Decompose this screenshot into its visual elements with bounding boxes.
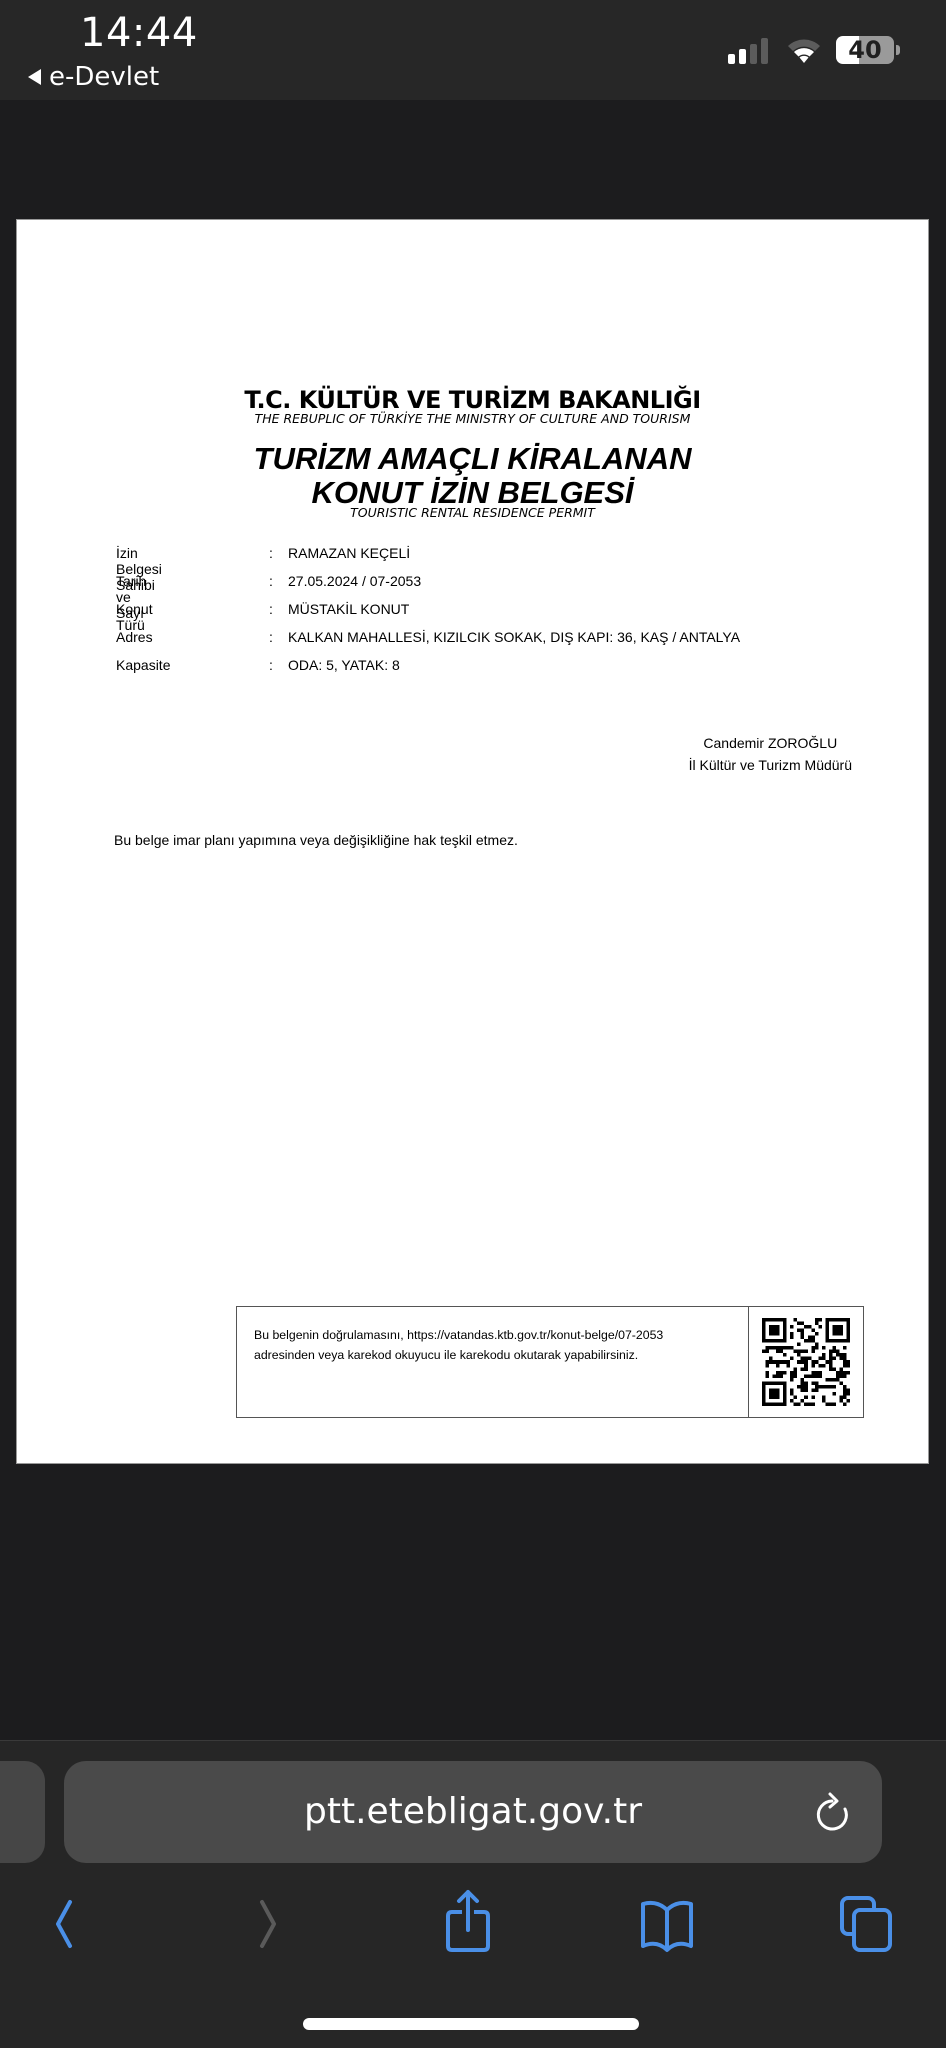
ministry-title: T.C. KÜLTÜR VE TURİZM BAKANLIĞI — [17, 386, 928, 414]
back-triangle-icon — [28, 69, 41, 85]
field-value: RAMAZAN KEÇELİ — [288, 545, 410, 561]
verification-text: Bu belgenin doğrulamasını, https://vatan… — [254, 1325, 734, 1365]
field-separator: : — [269, 629, 273, 645]
share-icon[interactable] — [438, 1888, 498, 1954]
wifi-icon — [786, 36, 822, 66]
cellular-signal-icon — [728, 38, 768, 64]
permit-subtitle: TOURISTIC RENTAL RESIDENCE PERMIT — [17, 505, 928, 520]
field-label: Kapasite — [116, 657, 170, 673]
battery-tip — [896, 45, 900, 55]
back-chevron-icon[interactable] — [36, 1894, 96, 1954]
qr-code-icon — [762, 1318, 850, 1406]
back-to-app-button[interactable]: e-Devlet — [28, 62, 159, 92]
address-bar[interactable]: ptt.etebligat.gov.tr — [64, 1761, 882, 1863]
permit-title-line1: TURİZM AMAÇLI KİRALANAN — [17, 442, 928, 476]
field-separator: : — [269, 657, 273, 673]
reload-icon[interactable] — [812, 1791, 852, 1835]
document-page: T.C. KÜLTÜR VE TURİZM BAKANLIĞI THE REBU… — [17, 220, 928, 1463]
battery-icon: 40 — [836, 36, 894, 64]
field-value: MÜSTAKİL KONUT — [288, 601, 409, 617]
signer-title: İl Kültür ve Turizm Müdürü — [689, 754, 852, 776]
verification-line-1[interactable]: Bu belgenin doğrulamasını, https://vatan… — [254, 1325, 734, 1345]
url-text[interactable]: ptt.etebligat.gov.tr — [64, 1791, 882, 1832]
ministry-subtitle: THE REBUPLIC OF TÜRKİYE THE MINISTRY OF … — [17, 411, 928, 426]
clock: 14:44 — [80, 10, 198, 56]
field-separator: : — [269, 545, 273, 561]
legal-notice: Bu belge imar planı yapımına veya değişi… — [114, 832, 518, 848]
bookmarks-icon[interactable] — [637, 1894, 697, 1954]
status-bar: 14:44 e-Devlet 40 — [0, 0, 946, 100]
field-separator: : — [269, 601, 273, 617]
signature-block: Candemir ZOROĞLU İl Kültür ve Turizm Müd… — [689, 732, 852, 776]
back-app-label: e-Devlet — [49, 62, 159, 92]
home-indicator[interactable] — [303, 2018, 639, 2030]
field-value: ODA: 5, YATAK: 8 — [288, 657, 400, 673]
permit-title: TURİZM AMAÇLI KİRALANAN KONUT İZİN BELGE… — [17, 442, 928, 510]
verification-box: Bu belgenin doğrulamasını, https://vatan… — [236, 1306, 864, 1418]
browser-address-area: ptt.etebligat.gov.tr — [0, 1740, 946, 1881]
tabs-icon[interactable] — [838, 1894, 898, 1954]
signer-name: Candemir ZOROĞLU — [689, 732, 852, 754]
field-separator: : — [269, 573, 273, 589]
qr-cell — [748, 1307, 863, 1417]
field-value: 27.05.2024 / 07-2053 — [288, 573, 421, 589]
field-value: KALKAN MAHALLESİ, KIZILCIK SOKAK, DIŞ KA… — [288, 629, 740, 645]
field-label: Adres — [116, 629, 153, 645]
forward-chevron-icon[interactable] — [240, 1894, 300, 1954]
verification-line-2: adresinden veya karekod okuyucu ile kare… — [254, 1345, 734, 1365]
previous-tab-preview[interactable] — [0, 1761, 45, 1863]
